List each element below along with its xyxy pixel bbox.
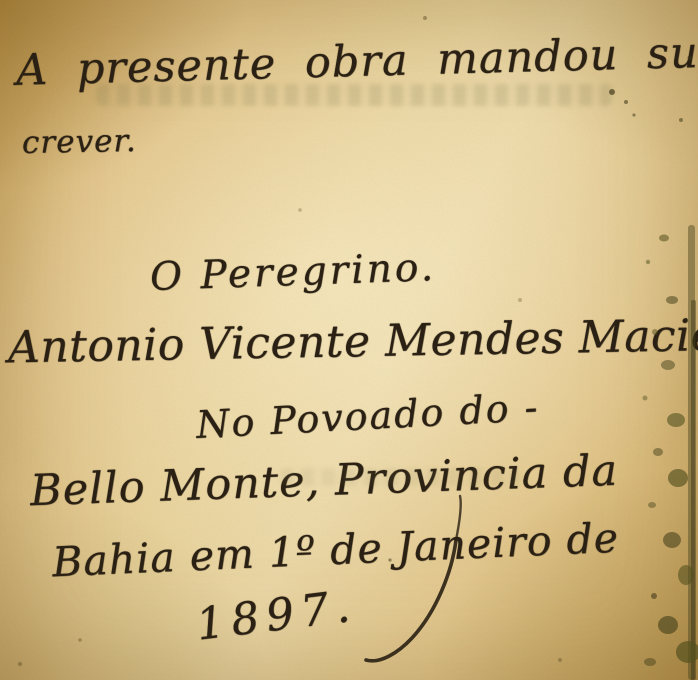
manuscript-line-1: A presente obra mandou subs- bbox=[15, 26, 698, 96]
manuscript-scan-page: A presente obra mandou subs- crever. O P… bbox=[0, 0, 698, 680]
manuscript-line-7-date: Bahia em 1º de Janeiro de bbox=[51, 514, 620, 587]
manuscript-line-6-place: Bello Monte, Provincia da bbox=[29, 446, 619, 516]
manuscript-line-4-signature-name: Antonio Vicente Mendes Maciel bbox=[8, 310, 698, 374]
manuscript-line-2: crever. bbox=[22, 123, 137, 161]
manuscript-line-8-year: 1897. bbox=[193, 580, 359, 650]
manuscript-line-5-place: No Povoado do - bbox=[195, 385, 540, 447]
manuscript-line-3-signature-title: O Peregrino. bbox=[149, 245, 436, 300]
